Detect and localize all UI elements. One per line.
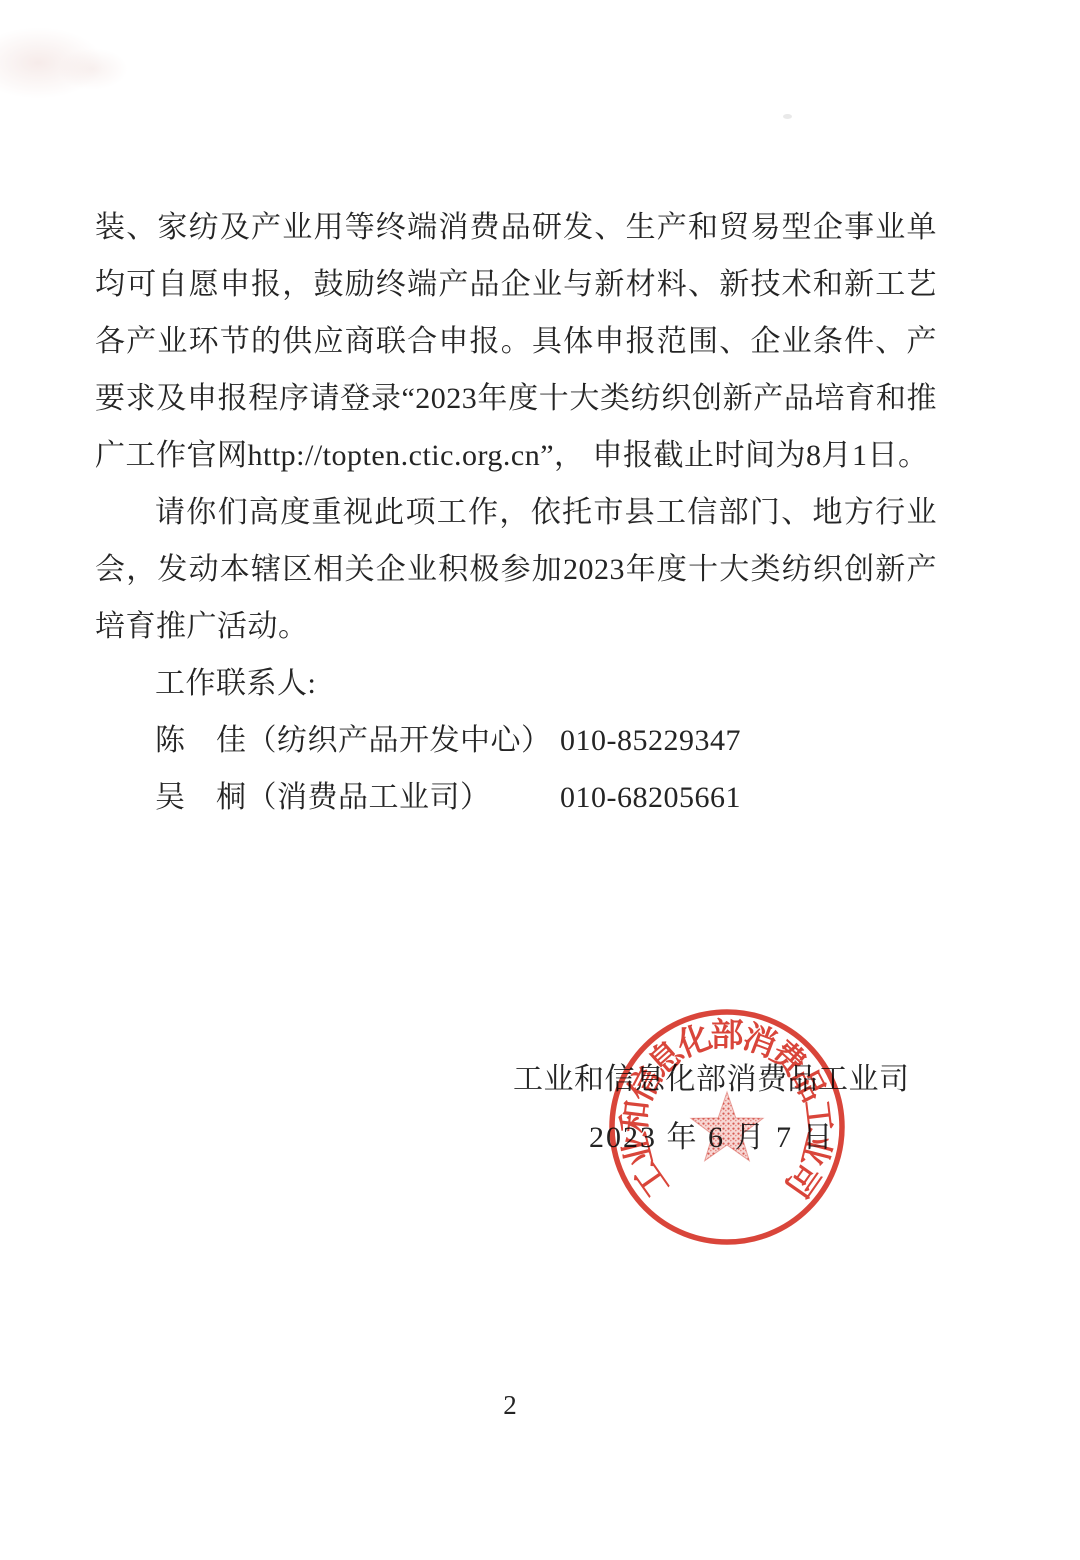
paragraph2-line1: 请你们高度重视此项工作，依托市县工信部门、地方行业协 [95,484,937,541]
page-number: 2 [488,1387,532,1423]
scan-speck [783,114,792,119]
contact-dept: （消费品工业司） [247,781,491,814]
paragraph1-line1: 装、家纺及产业用等终端消费品研发、生产和贸易型企事业单位 [95,199,937,256]
paragraph2-line3: 培育推广活动。 [95,598,937,655]
svg-text:部: 部 [711,1017,744,1054]
paragraph1-line2: 均可自愿申报，鼓励终端产品企业与新材料、新技术和新工艺等 [95,256,937,313]
paragraph2-line2: 会，发动本辖区相关企业积极参加2023年度十大类纺织创新产品 [95,541,937,598]
paragraph1-line4: 要求及申报程序请登录“2023年度十大类纺织创新产品培育和推 [95,370,937,427]
contact-row: 吴 桐（消费品工业司） 010-68205661 [95,769,937,826]
paragraph1-line3: 各产业环节的供应商联合申报。具体申报范围、企业条件、产品 [95,313,937,370]
scan-smudge [58,48,128,90]
contact-heading: 工作联系人: [95,655,937,712]
contact-name: 吴 桐 [155,781,247,814]
body-text: 装、家纺及产业用等终端消费品研发、生产和贸易型企事业单位 均可自愿申报，鼓励终端… [95,199,937,826]
contact-dept: （纺织产品开发中心） [247,724,552,757]
contact-phone: 010-85229347 [560,712,741,769]
contact-phone: 010-68205661 [560,769,741,826]
contact-row: 陈 佳（纺织产品开发中心） 010-85229347 [95,712,937,769]
document-page: 装、家纺及产业用等终端消费品研发、生产和贸易型企事业单位 均可自愿申报，鼓励终端… [0,0,1080,1560]
signature-date: 2023 年 6 月 7 日 [589,1109,835,1167]
contact-name: 陈 佳 [155,724,247,757]
signature-organization: 工业和信息化部消费品工业司 [513,1051,910,1109]
paragraph1-line5: 广工作官网http://topten.ctic.org.cn”， 申报截止时间为… [95,427,937,484]
